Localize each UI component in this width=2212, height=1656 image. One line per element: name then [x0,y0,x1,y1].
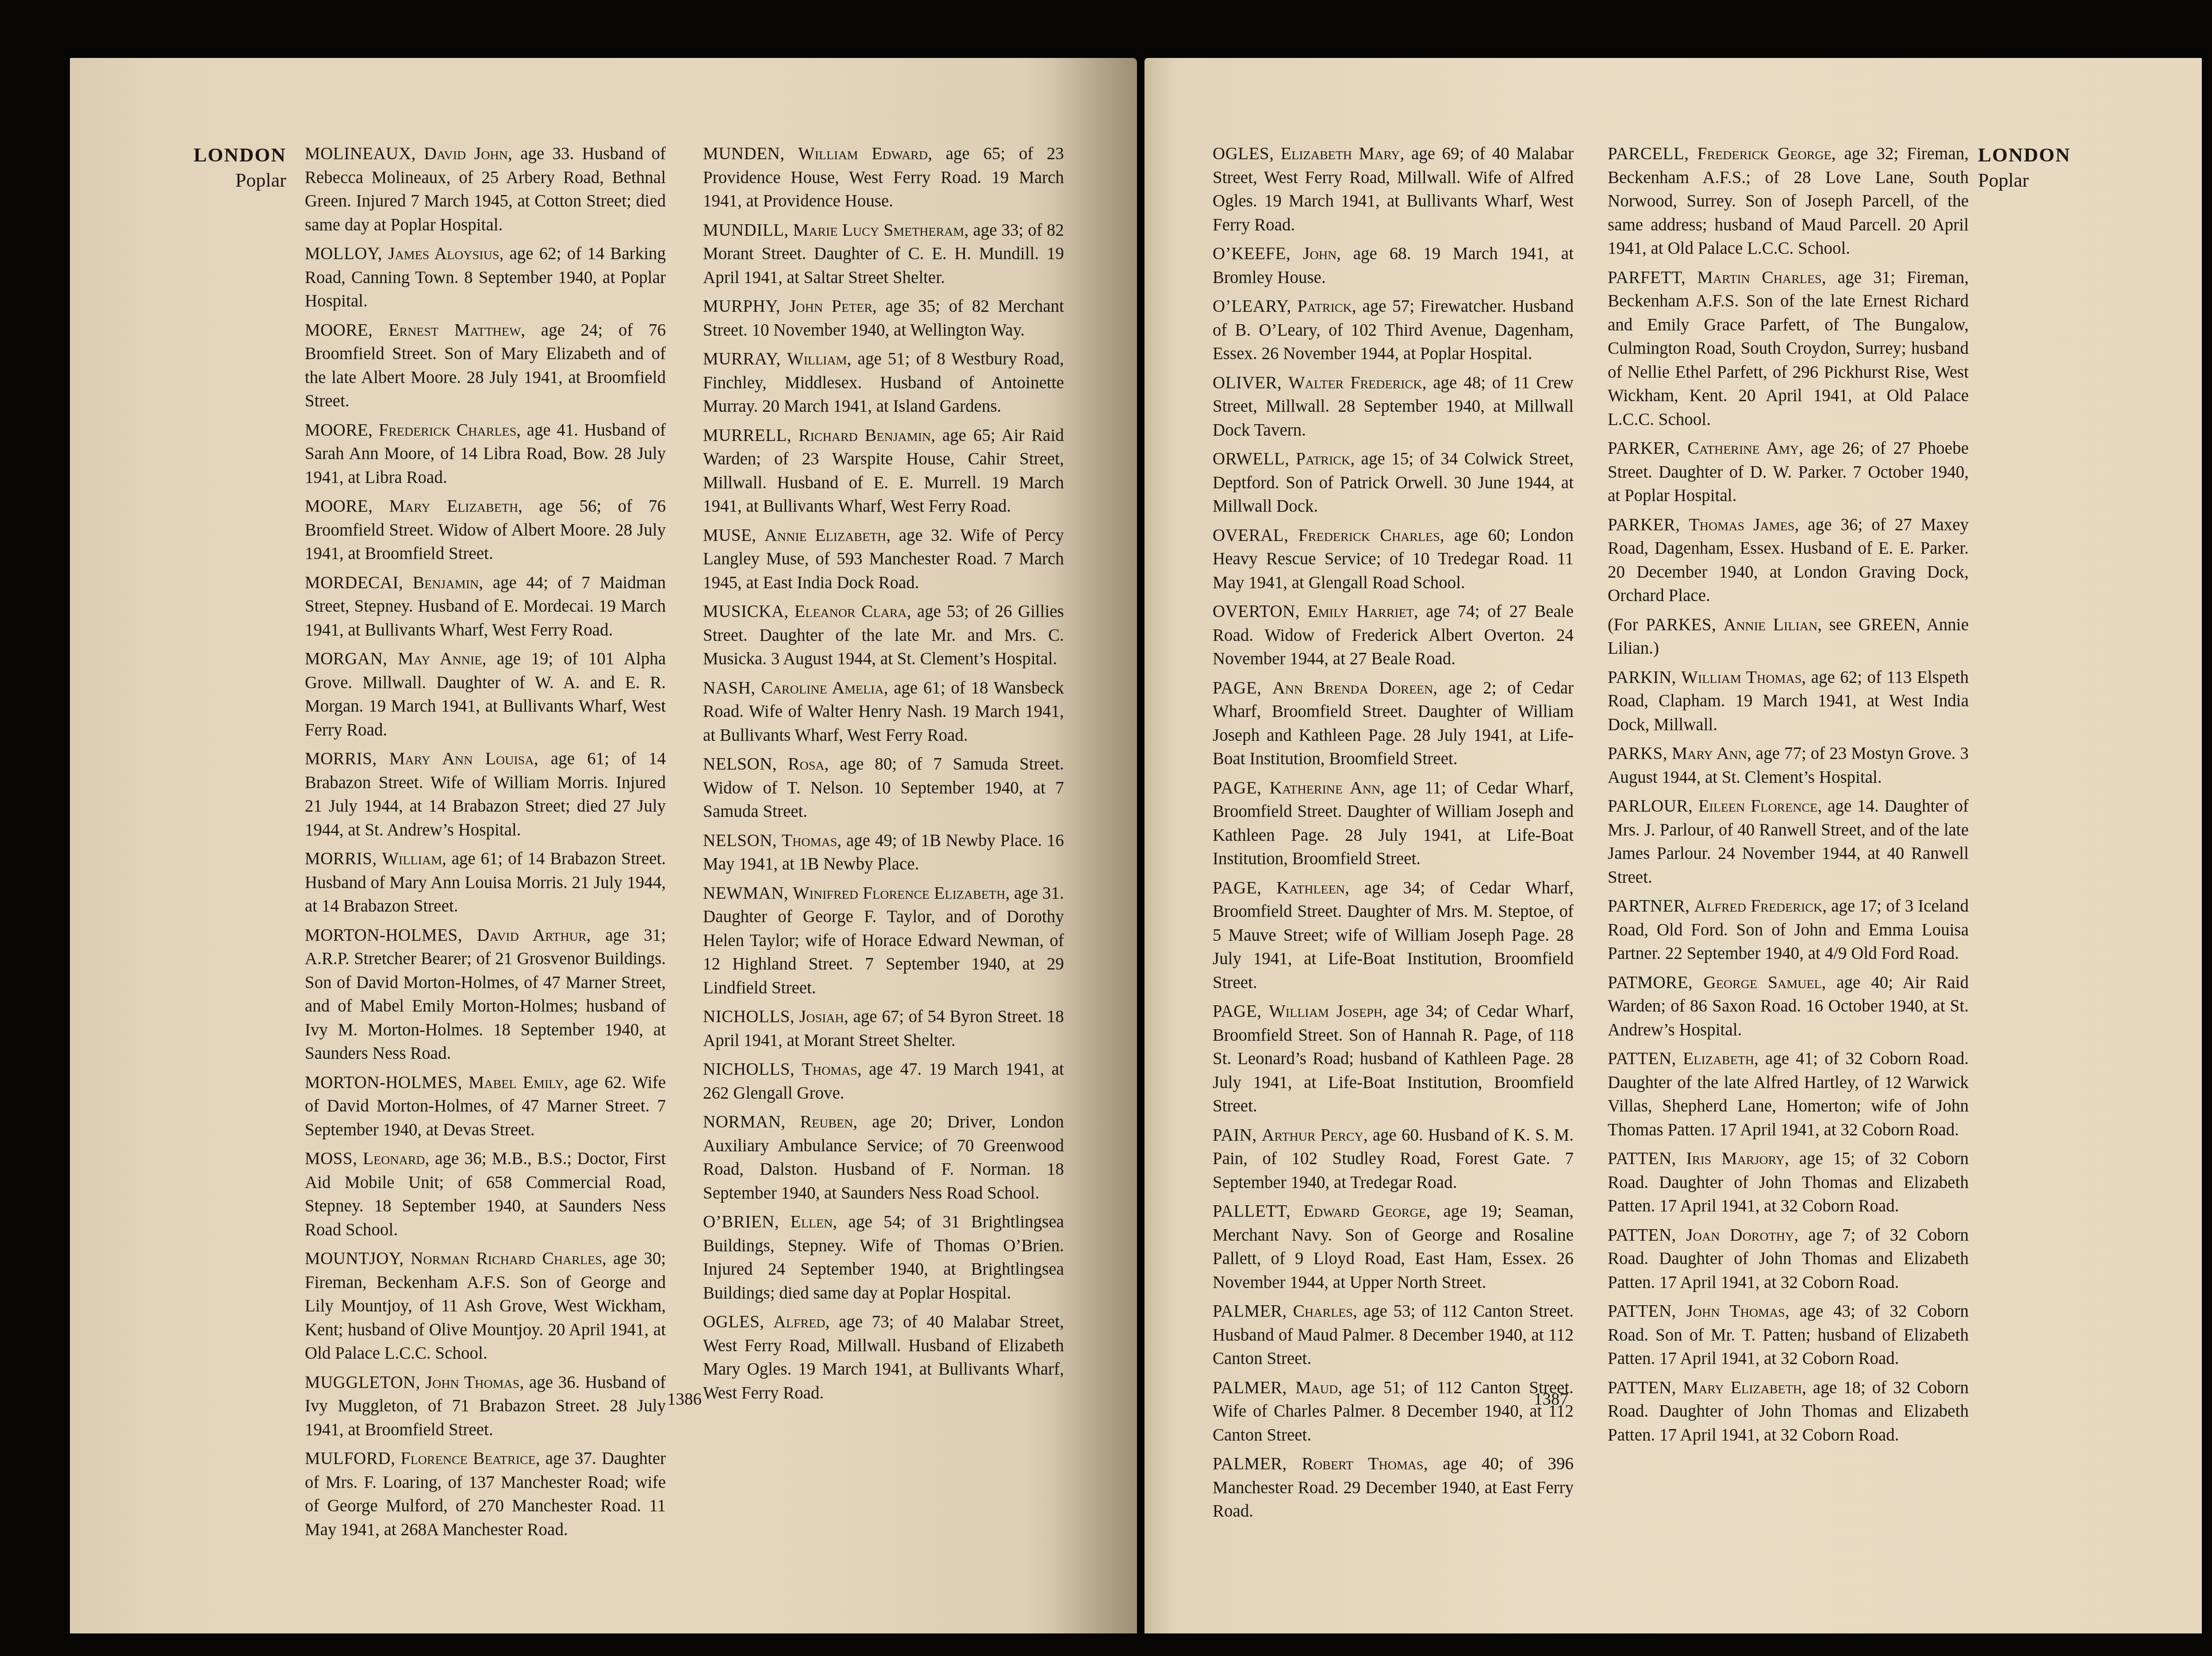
entry-surname: PATTEN, [1608,1378,1676,1397]
entry-surname: MORTON-HOLMES, [305,1073,462,1092]
section-district: Poplar [1978,168,2093,193]
left-page-column-2: MUNDEN, William Edward, age 65; of 23 Pr… [703,142,1064,1410]
register-entry: MUNDEN, William Edward, age 65; of 23 Pr… [703,142,1064,213]
right-page-column-1: OGLES, Elizabeth Mary, age 69; of 40 Mal… [1213,142,1574,1529]
register-entry: PALMER, Robert Thomas, age 40; of 396 Ma… [1213,1452,1574,1523]
page-number: 1387 [1534,1389,1568,1409]
entry-surname: PARKIN, [1608,668,1676,687]
register-entry: PAGE, William Joseph, age 34; of Cedar W… [1213,1000,1574,1118]
entry-given-names: Caroline Amelia, [761,678,888,698]
entry-surname: MORGAN, [305,649,388,668]
register-entry: (For PARKES, Annie Lilian, see GREEN, An… [1608,613,1969,660]
register-entry: MORTON-HOLMES, Mabel Emily, age 62. Wife… [305,1071,666,1142]
entry-given-names: George Samuel, [1703,973,1826,992]
entry-surname: MUGGLETON, [305,1373,420,1392]
entry-given-names: Frederick Charles, [1298,525,1444,545]
page-number: 1386 [667,1389,702,1409]
entry-details: age 31; Fireman, Beckenham A.F.S. Son of… [1608,268,1969,429]
register-entry: NICHOLLS, Josiah, age 67; of 54 Byron St… [703,1005,1064,1052]
entry-surname: OLIVER, [1213,373,1282,392]
register-entry: NICHOLLS, Thomas, age 47. 19 March 1941,… [703,1058,1064,1105]
entry-surname: MOLINEAUX, [305,144,416,163]
left-page-column-1: MOLINEAUX, David John, age 33. Husband o… [305,142,666,1547]
entry-given-names: Ann Brenda Doreen, [1272,678,1437,698]
register-entry: O’LEARY, Patrick, age 57; Firewatcher. H… [1213,295,1574,366]
entry-surname: NICHOLLS, [703,1007,795,1026]
register-entry: OGLES, Alfred, age 73; of 40 Malabar Str… [703,1310,1064,1405]
entry-given-names: Eleanor Clara, [795,602,911,621]
register-entry: MORRIS, William, age 61; of 14 Brabazon … [305,847,666,918]
register-entry: MORDECAI, Benjamin, age 44; of 7 Maidman… [305,571,666,642]
entry-surname: PALMER, [1213,1454,1287,1473]
register-entry: O’KEEFE, John, age 68. 19 March 1941, at… [1213,242,1574,289]
entry-surname: NORMAN, [703,1112,786,1131]
entry-given-names: Edward George, [1303,1201,1431,1221]
register-entry: PATTEN, Mary Elizabeth, age 18; of 32 Co… [1608,1376,1969,1447]
entry-given-names: William, [382,849,446,868]
entry-details: age 36; M.B., B.S.; Doctor, First Aid Mo… [305,1149,666,1239]
entry-surname: OGLES, [703,1312,764,1331]
entry-given-names: Richard Benjamin, [799,425,935,445]
entry-given-names: John, [1303,244,1341,263]
entry-surname: PARKER, [1608,515,1680,534]
section-label: LONDON Poplar [171,142,286,193]
entry-surname: MUNDEN, [703,144,784,163]
entry-given-names: Leonard, [363,1149,430,1168]
entry-given-names: Mary Elizabeth, [1683,1378,1806,1397]
section-city: LONDON [1978,142,2093,168]
right-page: OGLES, Elizabeth Mary, age 69; of 40 Mal… [1144,58,2202,1633]
entry-given-names: John Thomas, [426,1372,524,1392]
register-entry: NASH, Caroline Amelia, age 61; of 18 Wan… [703,676,1064,747]
entry-given-names: William, [787,349,851,368]
entry-surname: PATTEN, [1608,1149,1676,1168]
entry-given-names: Arthur Percy, [1262,1125,1368,1145]
entry-given-names: Catherine Amy, [1687,438,1803,458]
register-entry: MORRIS, Mary Ann Louisa, age 61; of 14 B… [305,747,666,842]
entry-given-names: Martin Charles, [1697,268,1826,287]
entry-given-names: Annie Elizabeth, [764,525,891,545]
entry-surname: MORRIS, [305,749,377,768]
entry-surname: (For PARKES, [1608,615,1716,634]
register-entry: MORGAN, May Annie, age 19; of 101 Alpha … [305,647,666,742]
register-entry: PARCELL, Frederick George, age 32; Firem… [1608,142,1969,261]
register-entry: PATTEN, Joan Dorothy, age 7; of 32 Cobor… [1608,1223,1969,1295]
register-entry: MOUNTJOY, Norman Richard Charles, age 30… [305,1247,666,1365]
register-entry: PAGE, Katherine Ann, age 11; of Cedar Wh… [1213,776,1574,871]
entry-surname: OVERAL, [1213,526,1288,545]
register-entry: PALMER, Maud, age 51; of 112 Canton Stre… [1213,1376,1574,1447]
entry-given-names: Elizabeth, [1683,1049,1759,1068]
entry-given-names: Thomas, [782,831,841,850]
entry-given-names: Thomas James, [1689,515,1799,534]
register-entry: OGLES, Elizabeth Mary, age 69; of 40 Mal… [1213,142,1574,237]
entry-surname: MOORE, [305,421,373,440]
entry-surname: MOSS, [305,1149,357,1168]
entry-surname: O’KEEFE, [1213,244,1290,263]
entry-given-names: William Thomas, [1681,667,1806,687]
entry-given-names: Walter Frederick, [1288,373,1426,392]
register-entry: PARTNER, Alfred Frederick, age 17; of 3 … [1608,894,1969,966]
section-district: Poplar [171,168,286,193]
entry-surname: PARCELL, [1608,144,1689,163]
section-label: LONDON Poplar [1978,142,2093,193]
entry-given-names: Katherine Ann, [1270,778,1385,797]
entry-surname: O’BRIEN, [703,1212,779,1231]
entry-surname: MUSICKA, [703,602,789,621]
entry-surname: MUNDILL, [703,221,789,240]
entry-surname: PAIN, [1213,1126,1257,1145]
entry-given-names: Maud, [1295,1378,1342,1397]
entry-given-names: Ellen, [790,1212,837,1231]
entry-details: age 11; of Cedar Wharf, Broomfield Stree… [1213,778,1574,869]
entry-given-names: Josiah, [799,1007,849,1026]
register-entry: MOORE, Frederick Charles, age 41. Husban… [305,418,666,490]
entry-given-names: John Thomas, [1686,1301,1790,1321]
entry-given-names: Florence Beatrice, [401,1449,540,1468]
register-entry: MUSE, Annie Elizabeth, age 32. Wife of P… [703,524,1064,595]
entry-surname: MOLLOY, [305,244,382,263]
entry-given-names: Benjamin, [413,573,483,592]
entry-surname: MORTON-HOLMES, [305,926,462,945]
entry-given-names: Emily Harriet, [1307,602,1418,621]
entry-given-names: Patrick, [1297,296,1356,316]
entry-surname: PATTEN, [1608,1302,1676,1321]
entry-surname: OVERTON, [1213,602,1300,621]
entry-details: age 31; A.R.P. Stretcher Bearer; of 21 G… [305,926,666,1063]
entry-surname: PAGE, [1213,1002,1262,1021]
entry-given-names: Annie Lilian, [1724,615,1822,634]
entry-given-names: Mary Ann Louisa, [389,749,538,768]
register-entry: MURRELL, Richard Benjamin, age 65; Air R… [703,424,1064,518]
entry-details: age 34; of Cedar Wharf, Broomfield Stree… [1213,878,1574,992]
entry-given-names: David Arthur, [477,925,591,945]
entry-given-names: Mary Elizabeth, [389,496,522,516]
entry-surname: PALMER, [1213,1302,1287,1321]
entry-given-names: James Aloysius, [388,244,503,263]
entry-given-names: Mary Ann, [1672,744,1751,763]
register-entry: ORWELL, Patrick, age 15; of 34 Colwick S… [1213,447,1574,518]
entry-given-names: Elizabeth Mary, [1281,144,1405,163]
entry-given-names: Patrick, [1296,449,1355,468]
register-entry: MOORE, Mary Elizabeth, age 56; of 76 Bro… [305,494,666,566]
register-entry: MOLINEAUX, David John, age 33. Husband o… [305,142,666,237]
entry-given-names: Mabel Emily, [469,1073,568,1092]
register-entry: PARKIN, William Thomas, age 62; of 113 E… [1608,666,1969,737]
entry-given-names: Eileen Florence, [1698,796,1822,816]
entry-surname: NELSON, [703,831,777,850]
entry-surname: MULFORD, [305,1449,395,1468]
entry-surname: MURRAY, [703,349,781,368]
entry-surname: MOUNTJOY, [305,1249,404,1268]
register-entry: MUSICKA, Eleanor Clara, age 53; of 26 Gi… [703,600,1064,671]
entry-given-names: Frederick George, [1697,144,1836,163]
entry-surname: MURRELL, [703,426,791,445]
section-city: LONDON [171,142,286,168]
entry-given-names: Thomas, [802,1059,861,1079]
entry-given-names: May Annie, [398,649,486,668]
left-page: LONDON Poplar MOLINEAUX, David John, age… [70,58,1137,1633]
register-entry: MUNDILL, Marie Lucy Smetheram, age 33; o… [703,218,1064,290]
register-entry: NELSON, Rosa, age 80; of 7 Samuda Street… [703,752,1064,824]
register-entry: PARKER, Catherine Amy, age 26; of 27 Pho… [1608,437,1969,508]
register-entry: PARKER, Thomas James, age 36; of 27 Maxe… [1608,513,1969,608]
register-entry: MURPHY, John Peter, age 35; of 82 Mercha… [703,295,1064,342]
entry-surname: PAGE, [1213,778,1262,797]
entry-surname: MORDECAI, [305,573,403,592]
entry-surname: PATMORE, [1608,973,1693,992]
entry-given-names: Joan Dorothy, [1686,1225,1798,1245]
entry-surname: ORWELL, [1213,449,1290,468]
entry-given-names: Robert Thomas, [1302,1454,1428,1473]
register-entry: MURRAY, William, age 51; of 8 Westbury R… [703,347,1064,418]
register-entry: PATTEN, Iris Marjory, age 15; of 32 Cobo… [1608,1147,1969,1218]
entry-surname: PATTEN, [1608,1049,1676,1068]
entry-given-names: Reuben, [800,1112,857,1131]
entry-surname: PALMER, [1213,1378,1287,1397]
register-entry: PAGE, Kathleen, age 34; of Cedar Wharf, … [1213,876,1574,995]
entry-surname: NEWMAN, [703,884,788,903]
entry-given-names: Marie Lucy Smetheram, [793,220,969,240]
entry-given-names: William Edward, [798,144,932,163]
entry-surname: O’LEARY, [1213,297,1291,316]
register-entry: PARKS, Mary Ann, age 77; of 23 Mostyn Gr… [1608,742,1969,789]
register-entry: MOSS, Leonard, age 36; M.B., B.S.; Docto… [305,1147,666,1242]
entry-given-names: Winifred Florence Elizabeth, [793,883,1010,903]
entry-surname: PAGE, [1213,878,1262,897]
entry-surname: PARFETT, [1608,268,1686,287]
entry-surname: PALLETT, [1213,1202,1290,1221]
entry-surname: NASH, [703,678,755,698]
register-entry: MULFORD, Florence Beatrice, age 37. Daug… [305,1447,666,1541]
register-entry: NEWMAN, Winifred Florence Elizabeth, age… [703,882,1064,1000]
register-entry: MORTON-HOLMES, David Arthur, age 31; A.R… [305,924,666,1066]
register-entry: PARFETT, Martin Charles, age 31; Fireman… [1608,266,1969,432]
entry-given-names: Norman Richard Charles, [411,1249,607,1268]
entry-surname: NICHOLLS, [703,1060,795,1079]
entry-surname: OGLES, [1213,144,1274,163]
entry-surname: PARTNER, [1608,897,1690,916]
register-entry: NELSON, Thomas, age 49; of 1B Newby Plac… [703,829,1064,876]
entry-surname: PARKS, [1608,744,1667,763]
entry-given-names: Iris Marjory, [1686,1149,1789,1168]
entry-given-names: William Joseph, [1269,1001,1387,1021]
entry-given-names: John Peter, [789,296,877,316]
entry-surname: MORRIS, [305,849,377,868]
entry-given-names: Ernest Matthew, [388,320,525,340]
register-entry: PAIN, Arthur Percy, age 60. Husband of K… [1213,1123,1574,1195]
register-entry: MOLLOY, James Aloysius, age 62; of 14 Ba… [305,242,666,313]
entry-surname: PARLOUR, [1608,797,1693,816]
entry-given-names: Alfred Frederick, [1694,896,1827,916]
register-entry: MUGGLETON, John Thomas, age 36. Husband … [305,1371,666,1442]
register-entry: OLIVER, Walter Frederick, age 48; of 11 … [1213,371,1574,442]
register-entry: PARLOUR, Eileen Florence, age 14. Daught… [1608,794,1969,889]
entry-given-names: Charles, [1293,1301,1357,1321]
entry-surname: PAGE, [1213,678,1262,698]
entry-given-names: Frederick Charles, [379,420,521,440]
entry-surname: MOORE, [305,497,373,516]
register-entry: MOORE, Ernest Matthew, age 24; of 76 Bro… [305,318,666,413]
entry-given-names: David John, [424,144,512,163]
register-entry: PALMER, Charles, age 53; of 112 Canton S… [1213,1299,1574,1371]
register-entry: PATTEN, John Thomas, age 43; of 32 Cobor… [1608,1299,1969,1371]
register-entry: OVERAL, Frederick Charles, age 60; Londo… [1213,524,1574,595]
entry-surname: PARKER, [1608,439,1680,458]
entry-surname: PATTEN, [1608,1226,1676,1245]
entry-surname: MOORE, [305,321,373,340]
register-entry: PAGE, Ann Brenda Doreen, age 2; of Cedar… [1213,676,1574,771]
register-entry: PALLETT, Edward George, age 19; Seaman, … [1213,1200,1574,1294]
register-entry: O’BRIEN, Ellen, age 54; of 31 Brightling… [703,1210,1064,1305]
register-entry: NORMAN, Reuben, age 20; Driver, London A… [703,1110,1064,1205]
register-entry: PATMORE, George Samuel, age 40; Air Raid… [1608,971,1969,1042]
entry-given-names: Kathleen, [1276,878,1349,897]
register-entry: OVERTON, Emily Harriet, age 74; of 27 Be… [1213,600,1574,671]
register-entry: PATTEN, Elizabeth, age 41; of 32 Coborn … [1608,1047,1969,1142]
entry-given-names: Alfred, [773,1312,829,1331]
entry-surname: MUSE, [703,526,757,545]
entry-details: age 34; of Cedar Wharf, Broomfield Stree… [1213,1002,1574,1115]
entry-surname: MURPHY, [703,297,780,316]
entry-given-names: Rosa, [788,754,829,774]
entry-surname: NELSON, [703,755,777,774]
right-page-column-2: PARCELL, Frederick George, age 32; Firem… [1608,142,1969,1452]
